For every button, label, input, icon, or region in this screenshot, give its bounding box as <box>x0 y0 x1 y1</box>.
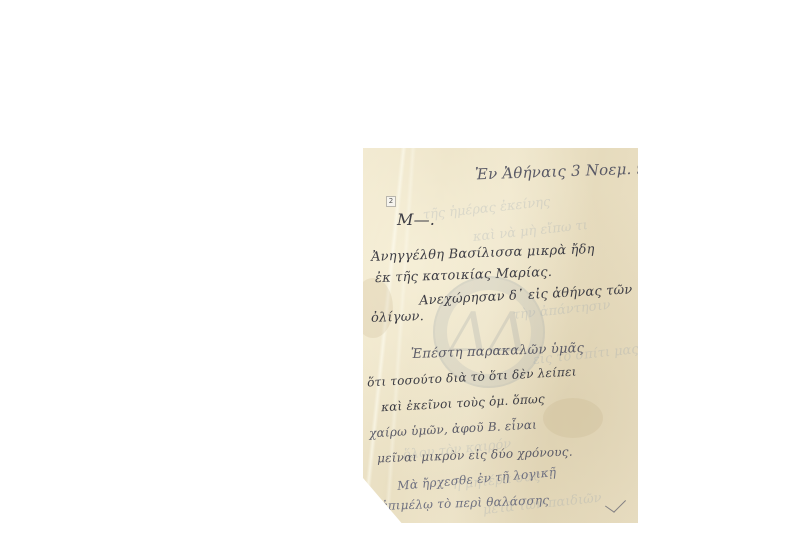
salutation: Μ—. <box>397 210 435 229</box>
letter-line: ὀλίγων. <box>371 309 424 326</box>
letter-page: τῆς ἡμέρας ἐκείνης καὶ νὰ μὴ εἴπω τι τὴν… <box>363 148 638 523</box>
scan-viewport: τῆς ἡμέρας ἐκείνης καὶ νὰ μὴ εἴπω τι τὴν… <box>0 0 800 549</box>
archive-mark: 2 <box>386 196 396 207</box>
bleed-line: καὶ νὰ μὴ εἴπω τι <box>472 218 588 245</box>
bleed-line: τῆς ἡμέρας ἐκείνης <box>422 195 551 223</box>
